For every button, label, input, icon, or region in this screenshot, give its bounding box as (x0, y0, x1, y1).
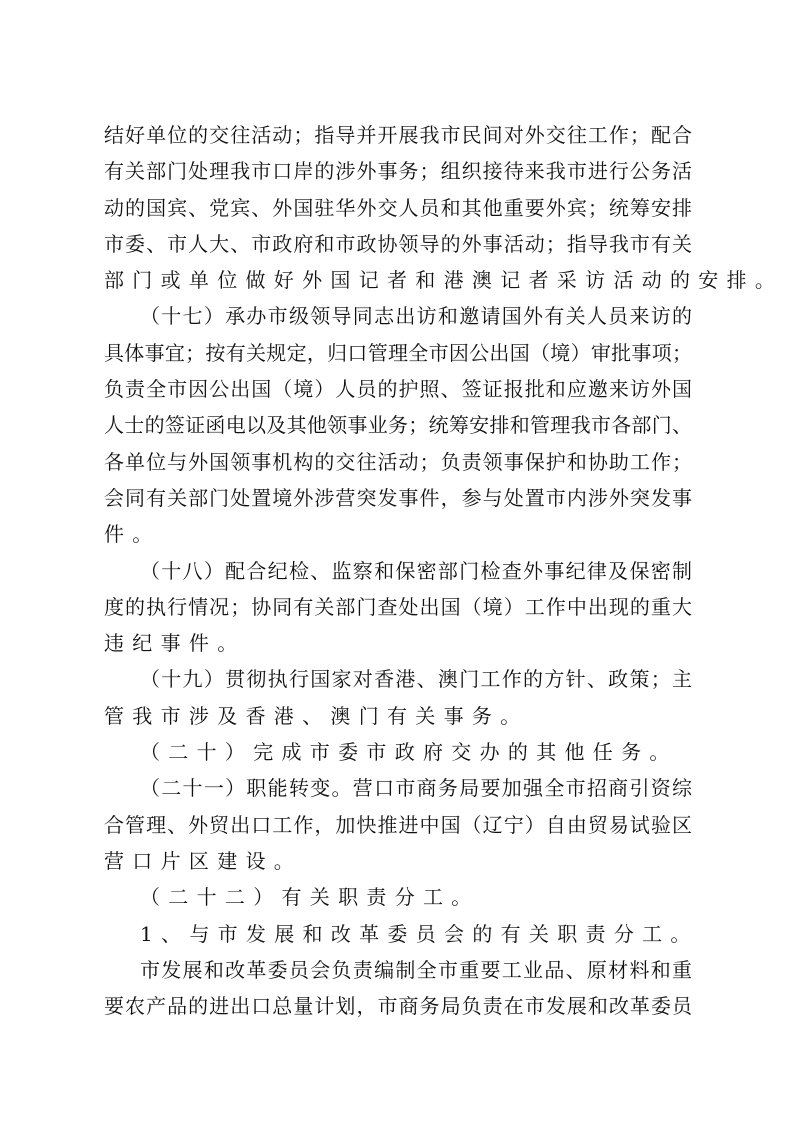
text-line: 负责全市因公出国（境）人员的护照、签证报批和应邀来访外国 (104, 371, 692, 407)
document-page: 结好单位的交往活动；指导并开展我市民间对外交往工作；配合 有关部门处理我市口岸的… (0, 0, 793, 1122)
text-line: （十八）配合纪检、监察和保密部门检查外事纪律及保密制 (104, 553, 692, 589)
text-line: 管我市涉及香港、澳门有关事务。 (104, 698, 692, 734)
document-body: 结好单位的交往活动；指导并开展我市民间对外交往工作；配合 有关部门处理我市口岸的… (104, 117, 692, 1024)
text-line: 市发展和改革委员会负责编制全市重要工业品、原材料和重 (104, 952, 692, 988)
text-line: （二十一）职能转变。营口市商务局要加强全市招商引资综 (104, 770, 692, 806)
text-line: （十九）贯彻执行国家对香港、澳门工作的方针、政策；主 (104, 661, 692, 697)
text-line: 要农产品的进出口总量计划，市商务局负责在市发展和改革委员 (104, 988, 692, 1024)
text-line: 违纪事件。 (104, 625, 692, 661)
text-line: 结好单位的交往活动；指导并开展我市民间对外交往工作；配合 (104, 117, 692, 153)
paragraph-22-1-heading: 1、与市发展和改革委员会的有关职责分工。 (104, 916, 692, 952)
paragraph-22-1-body: 市发展和改革委员会负责编制全市重要工业品、原材料和重 要农产品的进出口总量计划，… (104, 952, 692, 1025)
paragraph-22: （二十二）有关职责分工。 (104, 879, 692, 915)
paragraph-21: （二十一）职能转变。营口市商务局要加强全市招商引资综 合管理、外贸出口工作，加快… (104, 770, 692, 879)
paragraph-18: （十八）配合纪检、监察和保密部门检查外事纪律及保密制 度的执行情况；协同有关部门… (104, 553, 692, 662)
paragraph-19: （十九）贯彻执行国家对香港、澳门工作的方针、政策；主 管我市涉及香港、澳门有关事… (104, 661, 692, 734)
text-line: 人士的签证函电以及其他领事业务；统筹安排和管理我市各部门、 (104, 407, 692, 443)
paragraph-20: （二十）完成市委市政府交办的其他任务。 (104, 734, 692, 770)
text-line: 度的执行情况；协同有关部门查处出国（境）工作中出现的重大 (104, 589, 692, 625)
text-line: 合管理、外贸出口工作，加快推进中国（辽宁）自由贸易试验区 (104, 807, 692, 843)
text-line: 各单位与外国领事机构的交往活动；负责领事保护和协助工作； (104, 444, 692, 480)
text-line: 动的国宾、党宾、外国驻华外交人员和其他重要外宾；统筹安排 (104, 190, 692, 226)
text-line: 具体事宜；按有关规定，归口管理全市因公出国（境）审批事项； (104, 335, 692, 371)
text-line: 1、与市发展和改革委员会的有关职责分工。 (104, 916, 692, 952)
text-line: 营口片区建设。 (104, 843, 692, 879)
paragraph-17: （十七）承办市级领导同志出访和邀请国外有关人员来访的 具体事宜；按有关规定，归口… (104, 298, 692, 552)
text-line: （二十二）有关职责分工。 (104, 879, 692, 915)
text-line: （十七）承办市级领导同志出访和邀请国外有关人员来访的 (104, 298, 692, 334)
text-line: 部门或单位做好外国记者和港澳记者采访活动的安排。 (104, 262, 692, 298)
text-line: （二十）完成市委市政府交办的其他任务。 (104, 734, 692, 770)
text-line: 会同有关部门处置境外涉营突发事件，参与处置市内涉外突发事 (104, 480, 692, 516)
text-line: 件。 (104, 516, 692, 552)
paragraph-16-continued: 结好单位的交往活动；指导并开展我市民间对外交往工作；配合 有关部门处理我市口岸的… (104, 117, 692, 298)
text-line: 有关部门处理我市口岸的涉外事务；组织接待来我市进行公务活 (104, 153, 692, 189)
text-line: 市委、市人大、市政府和市政协领导的外事活动；指导我市有关 (104, 226, 692, 262)
